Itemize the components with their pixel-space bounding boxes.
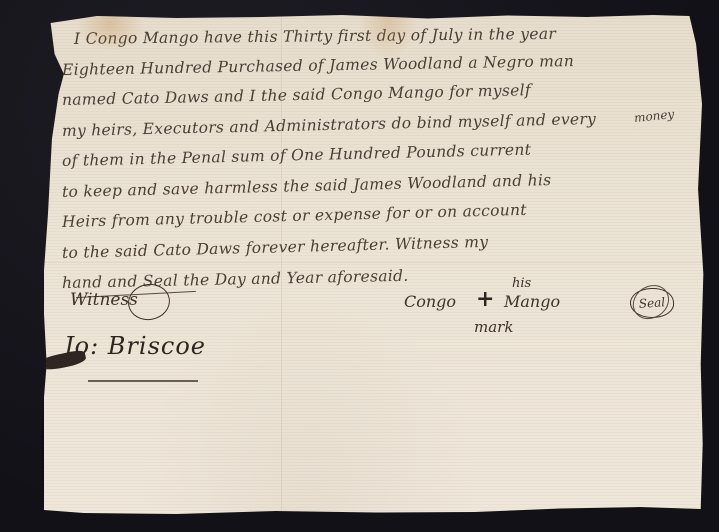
seal-icon: Seal — [629, 287, 675, 320]
mark-label: mark — [474, 318, 513, 336]
witness-signature: Jo: Briscoe — [64, 332, 206, 360]
signatory-last-name: Mango — [504, 292, 560, 311]
signatory-first-name: Congo — [404, 292, 456, 311]
seal-label: Seal — [638, 295, 665, 311]
document-body: I Congo Mango have this Thirty first day… — [62, 24, 692, 299]
signature-underline — [88, 380, 198, 382]
mark-his-text: his — [512, 276, 531, 291]
cross-mark-icon: + — [476, 286, 494, 312]
document-paper: I Congo Mango have this Thirty first day… — [44, 14, 706, 514]
